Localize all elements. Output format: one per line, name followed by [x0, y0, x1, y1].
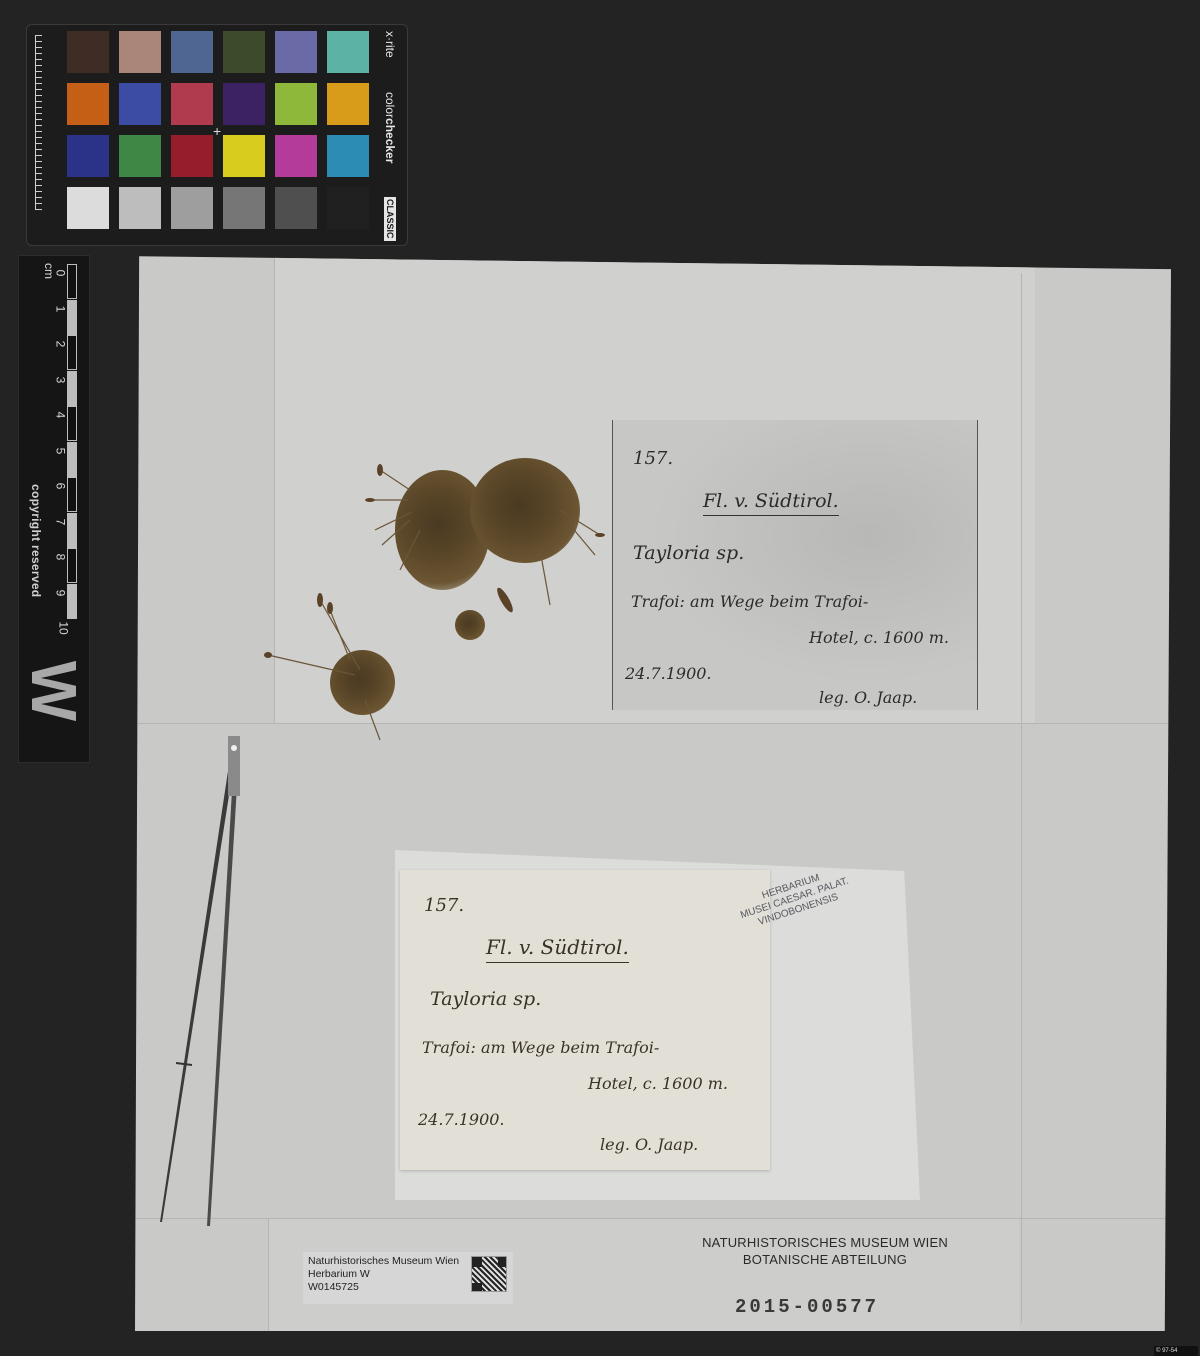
scale-tick-label: 10 [57, 621, 71, 634]
color-swatch [67, 83, 109, 125]
color-swatch [275, 135, 317, 177]
label-collector: leg. O. Jaap. [600, 1135, 698, 1154]
color-checker-card: + x·rite colorchecker CLASSIC [26, 24, 408, 246]
label-taxon: Tayloria sp. [633, 542, 744, 564]
department-name: BOTANISCHE ABTEILUNG [670, 1251, 980, 1268]
color-swatch [67, 135, 109, 177]
classic-badge: CLASSIC [384, 197, 396, 241]
color-swatch [119, 187, 161, 229]
scale-rule: 012345678910 [67, 264, 105, 620]
color-swatch [275, 83, 317, 125]
color-swatch [171, 135, 213, 177]
corner-tag: © 97-54 [1154, 1346, 1198, 1356]
color-swatch [67, 187, 109, 229]
copyright-text: copyright reserved [29, 484, 43, 597]
w-logo: W [19, 660, 89, 722]
scale-tick-label: 5 [53, 447, 67, 454]
scale-tick-label: 1 [53, 305, 67, 312]
label-date: 24.7.1900. [625, 664, 712, 683]
scale-segment [67, 584, 77, 619]
color-swatch [327, 31, 369, 73]
scale-segment [67, 371, 77, 406]
forceps [140, 730, 260, 1230]
scale-tick-label: 2 [53, 341, 67, 348]
barcode-label: Naturhistorisches Museum Wien Herbarium … [303, 1252, 513, 1304]
museum-stamp: NATURHISTORISCHES MUSEUM WIEN BOTANISCHE… [670, 1234, 980, 1268]
label-flora: Fl. v. Südtirol. [703, 490, 839, 516]
scale-bar: cm 012345678910 copyright reserved W [18, 255, 90, 763]
label-locality-2: Hotel, c. 1600 m. [588, 1074, 728, 1093]
scale-tick-label: 7 [53, 518, 67, 525]
scale-segment [67, 548, 77, 583]
scale-segment [67, 477, 77, 512]
checker-branding: x·rite colorchecker CLASSIC [379, 31, 401, 241]
label-taxon: Tayloria sp. [430, 988, 541, 1010]
color-swatch [275, 31, 317, 73]
photocopy-label: 157. Fl. v. Südtirol. Tayloria sp. Trafo… [612, 420, 978, 710]
label-locality-1: Trafoi: am Wege beim Trafoi- [422, 1038, 659, 1057]
color-swatch [171, 83, 213, 125]
label-number: 157. [424, 895, 464, 916]
scale-tick-label: 8 [53, 554, 67, 561]
original-label: 157. Fl. v. Südtirol. Tayloria sp. Trafo… [400, 870, 770, 1170]
label-date: 24.7.1900. [418, 1110, 505, 1129]
color-swatch [223, 31, 265, 73]
label-flora: Fl. v. Südtirol. [486, 935, 629, 963]
scale-segment [67, 335, 77, 370]
scale-segment [67, 442, 77, 477]
color-swatch [67, 31, 109, 73]
mm-ruler-ticks [35, 35, 45, 210]
qr-code-icon [471, 1256, 507, 1292]
fold-line [1021, 273, 1022, 1323]
color-swatch [327, 135, 369, 177]
scale-tick-label: 6 [53, 483, 67, 490]
xrite-logo: x·rite [383, 31, 397, 58]
crosshair-mark: + [213, 123, 221, 139]
color-swatch [275, 187, 317, 229]
label-locality-2: Hotel, c. 1600 m. [809, 628, 949, 647]
scale-segment [67, 406, 77, 441]
moss-setae [260, 440, 620, 760]
scale-segment [67, 264, 77, 299]
color-swatch [223, 83, 265, 125]
scale-tick-label: 0 [53, 270, 67, 277]
label-collector: leg. O. Jaap. [819, 688, 917, 707]
color-swatch [119, 31, 161, 73]
color-swatch [327, 187, 369, 229]
scale-segment [67, 300, 77, 335]
label-number: 157. [633, 448, 673, 469]
color-swatch [119, 83, 161, 125]
scale-tick-label: 4 [53, 412, 67, 419]
label-locality-1: Trafoi: am Wege beim Trafoi- [631, 592, 868, 611]
color-swatch [327, 83, 369, 125]
accession-number: 2015-00577 [735, 1296, 879, 1318]
color-swatch [171, 31, 213, 73]
museum-name: NATURHISTORISCHES MUSEUM WIEN [670, 1234, 980, 1251]
color-swatch [119, 135, 161, 177]
color-swatch [171, 187, 213, 229]
scale-tick-label: 3 [53, 376, 67, 383]
scale-tick-label: 9 [53, 589, 67, 596]
color-swatch-grid [67, 31, 379, 239]
colorchecker-wordmark: colorchecker [383, 92, 397, 163]
color-swatch [223, 135, 265, 177]
scale-segment [67, 513, 77, 548]
color-swatch [223, 187, 265, 229]
